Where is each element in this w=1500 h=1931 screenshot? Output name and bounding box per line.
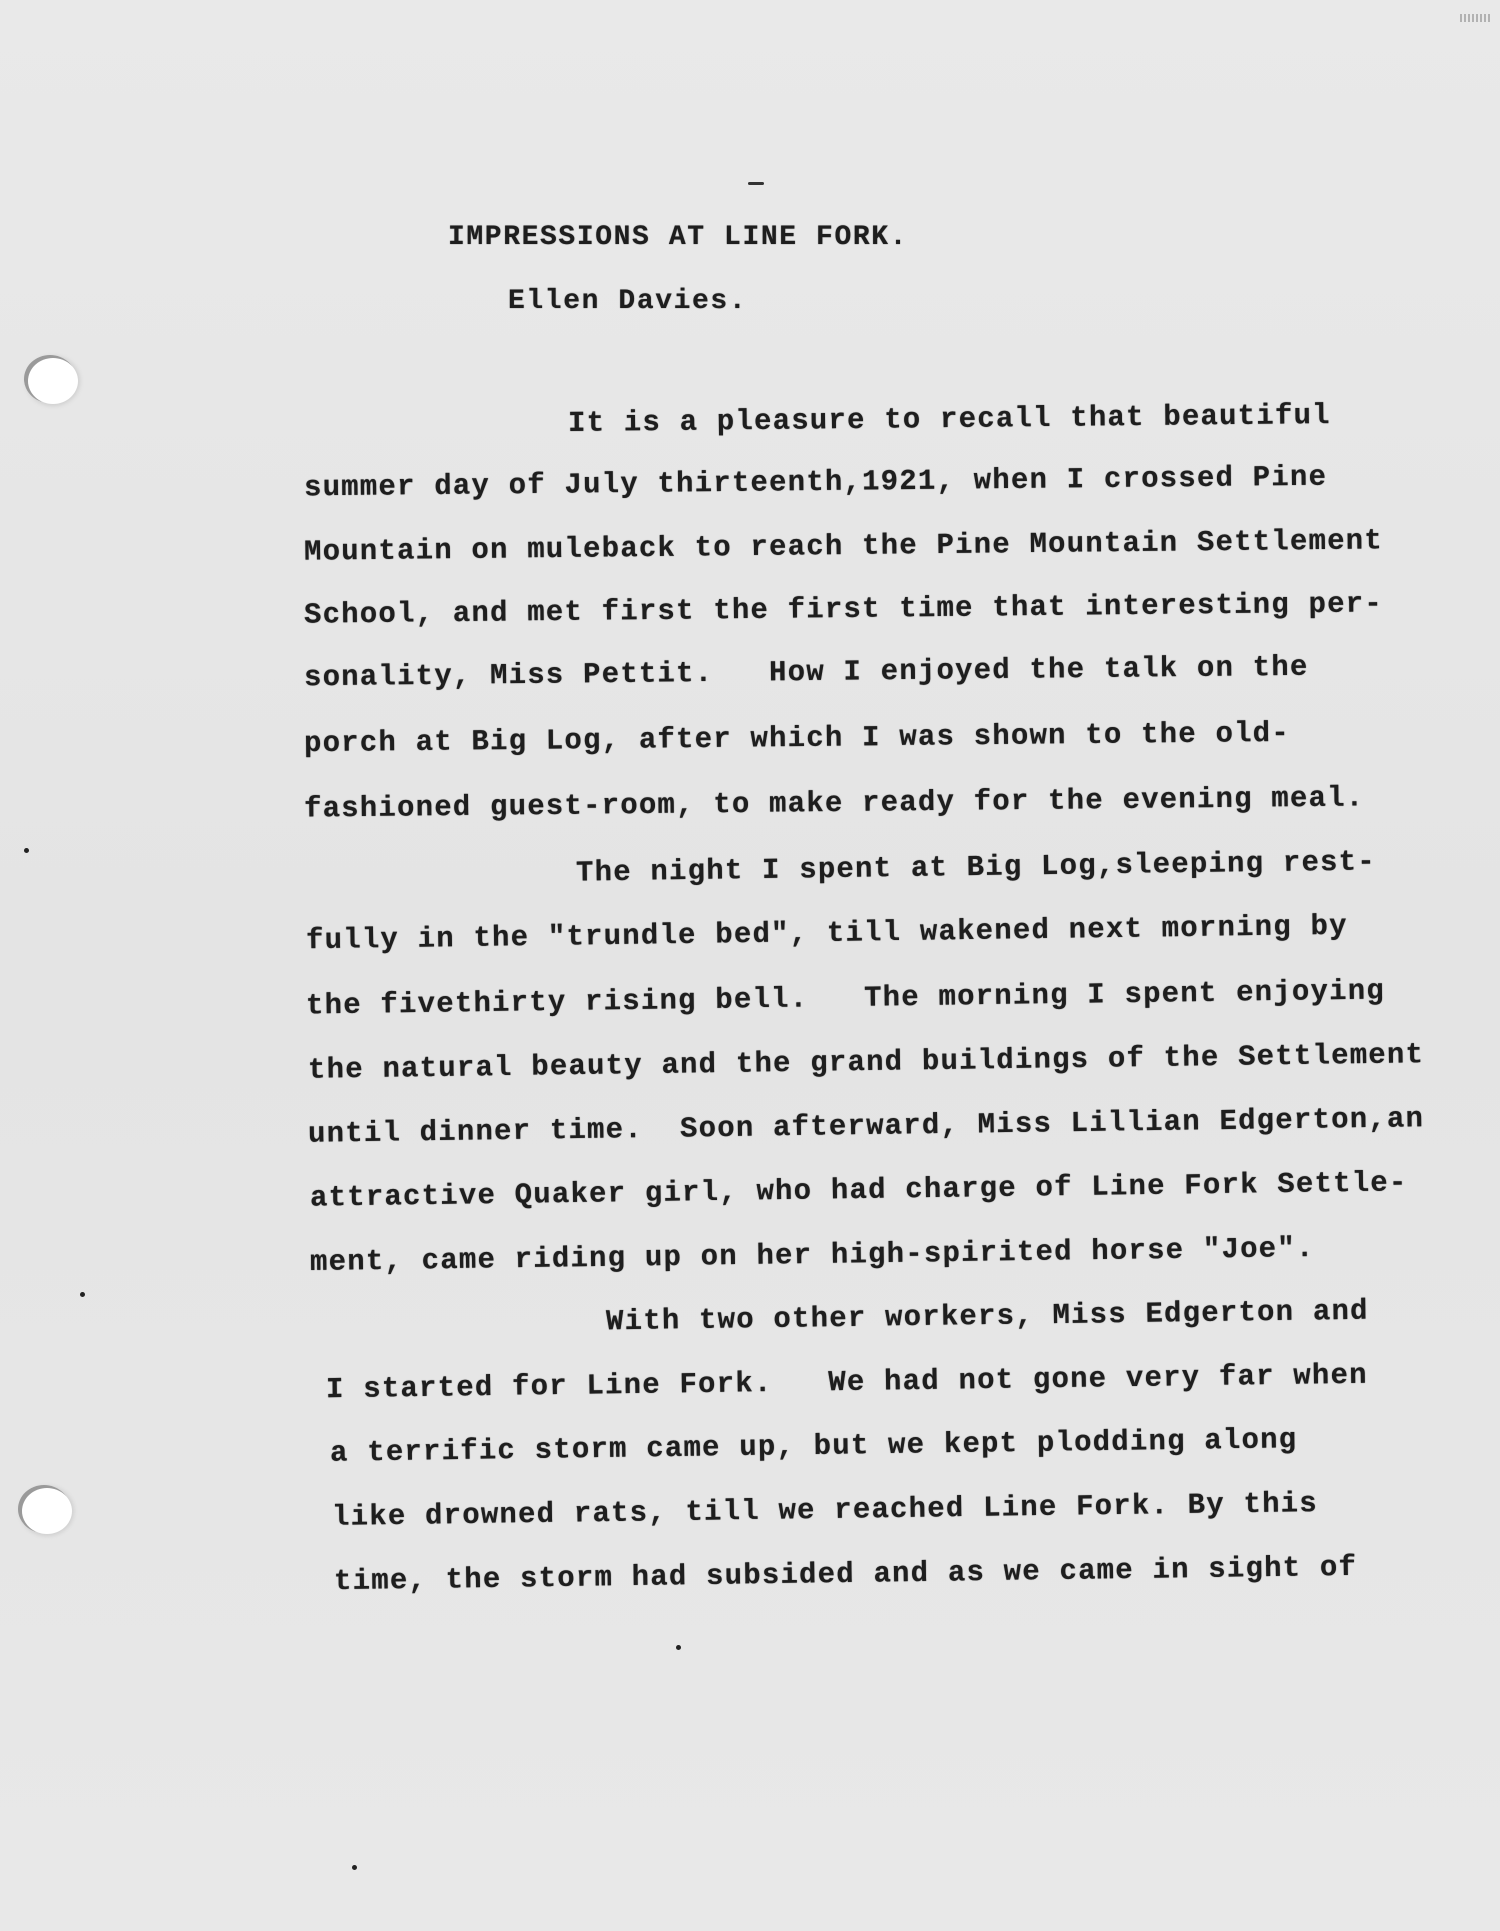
punch-hole-top [28, 358, 78, 404]
ink-speck [80, 1292, 85, 1297]
text-line: ment, came riding up on her high-spirite… [310, 1232, 1315, 1279]
text-line: time, the storm had subsided and as we c… [334, 1551, 1358, 1598]
text-line: With two other workers, Miss Edgerton an… [606, 1295, 1369, 1339]
document-title: IMPRESSIONS AT LINE FORK. [448, 222, 908, 253]
text-line: attractive Quaker girl, who had charge o… [310, 1166, 1408, 1214]
text-line: porch at Big Log, after which I was show… [304, 717, 1290, 760]
text-line: until dinner time. Soon afterward, Miss … [308, 1102, 1425, 1151]
text-line: like drowned rats, till we reached Line … [332, 1487, 1318, 1534]
punch-hole-bottom [22, 1488, 72, 1534]
document-page: IMPRESSIONS AT LINE FORK. Ellen Davies. … [0, 0, 1500, 1931]
text-line: fully in the "trundle bed", till wakened… [306, 910, 1348, 958]
text-line: fashioned guest-room, to make ready for … [304, 781, 1365, 825]
corner-ink-mark [1460, 14, 1492, 22]
text-line: It is a pleasure to recall that beautifu… [568, 399, 1331, 440]
text-line: School, and met first the first time tha… [304, 587, 1383, 631]
ink-speck [676, 1645, 681, 1650]
ink-speck [352, 1865, 357, 1870]
text-line: I started for Line Fork. We had not gone… [326, 1359, 1368, 1407]
ink-dash-mark [748, 182, 764, 185]
text-line: the fivethirty rising bell. The morning … [306, 974, 1385, 1022]
text-line: summer day of July thirteenth,1921, when… [304, 461, 1327, 505]
ink-speck [24, 848, 29, 853]
text-line: sonality, Miss Pettit. How I enjoyed the… [304, 651, 1309, 695]
document-author: Ellen Davies. [508, 286, 747, 317]
text-line: Mountain on muleback to reach the Pine M… [304, 524, 1383, 568]
text-line: a terrific storm came up, but we kept pl… [330, 1423, 1298, 1470]
text-line: The night I spent at Big Log,sleeping re… [576, 845, 1376, 889]
text-line: the natural beauty and the grand buildin… [308, 1038, 1425, 1087]
